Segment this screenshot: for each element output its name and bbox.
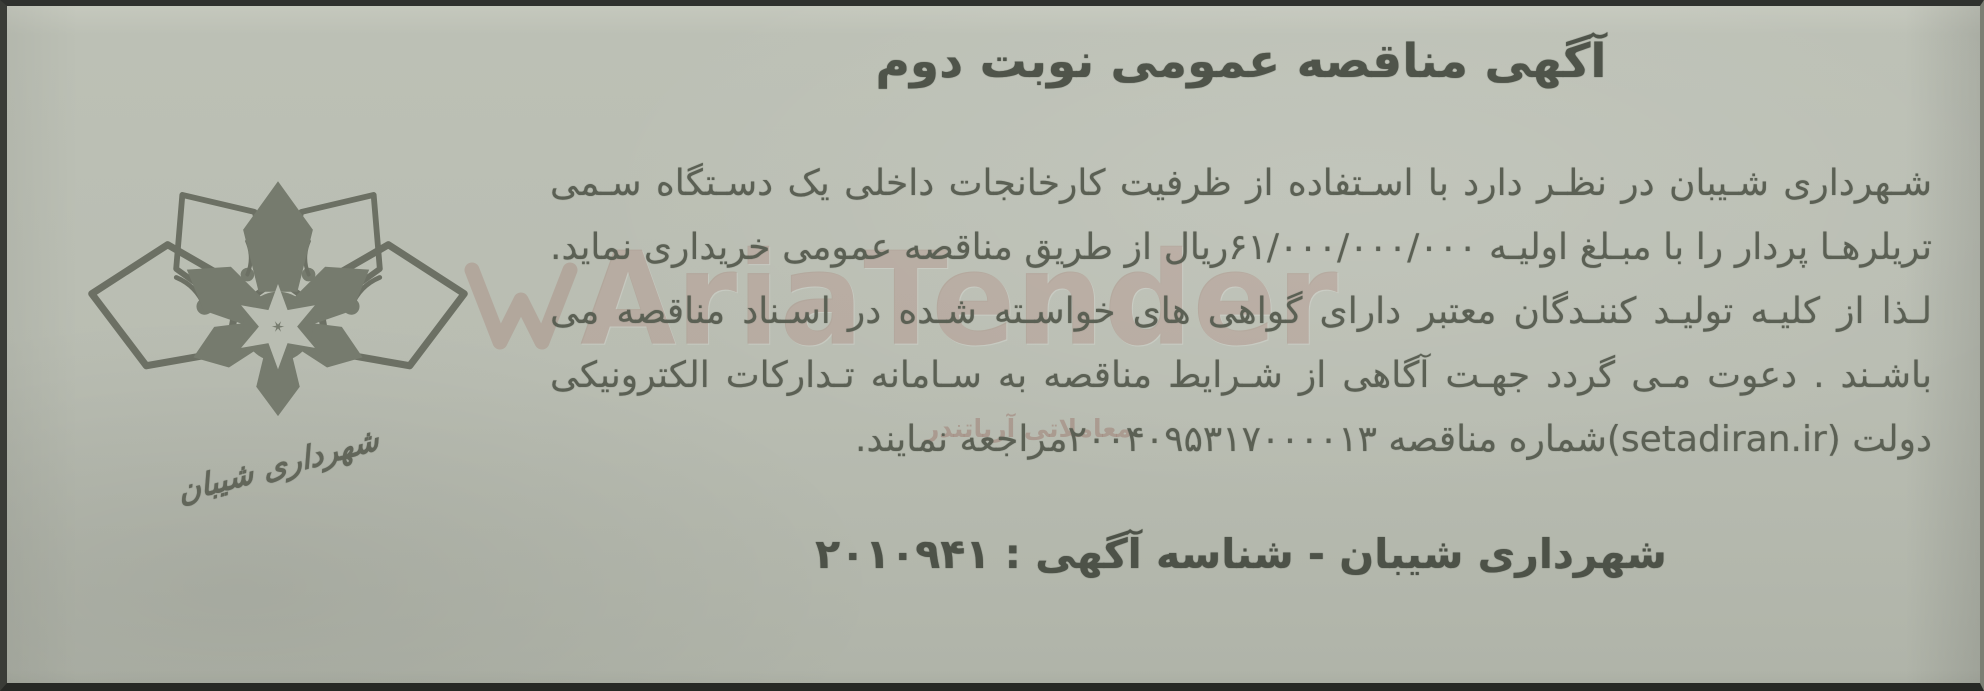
ad-title: آگهی مناقصه عمومی نوبت دوم xyxy=(550,34,1932,89)
body-line: تریلرهـا پردار را با مبـلغ اولیـه ۶۱/۰۰۰… xyxy=(550,216,1932,280)
ad-footer: شهرداری شیبان - شناسه آگهی : ۲۰۱۰۹۴۱ xyxy=(550,530,1932,578)
logo-block: شهرداری شیبان xyxy=(58,128,498,484)
body-line: دولت (setadiran.ir)شماره مناقصه ۲۰۰۴۰۹۵۳… xyxy=(550,408,1932,472)
body-line: لـذا از کلیـه تولیـد کننـدگان معتبر دارا… xyxy=(550,280,1932,344)
ad-body: شـهرداری شـیبان در نظـر دارد با اسـتفاده… xyxy=(550,152,1932,472)
municipality-emblem-icon xyxy=(68,128,488,438)
body-line: شـهرداری شـیبان در نظـر دارد با اسـتفاده… xyxy=(550,152,1932,216)
body-line: باشـند . دعوت مـی گردد جهـت آگاهی از شـر… xyxy=(550,344,1932,408)
scanned-tender-ad: شهرداری شیبان AriaTender معاملاتی آریاتن… xyxy=(0,0,1984,691)
